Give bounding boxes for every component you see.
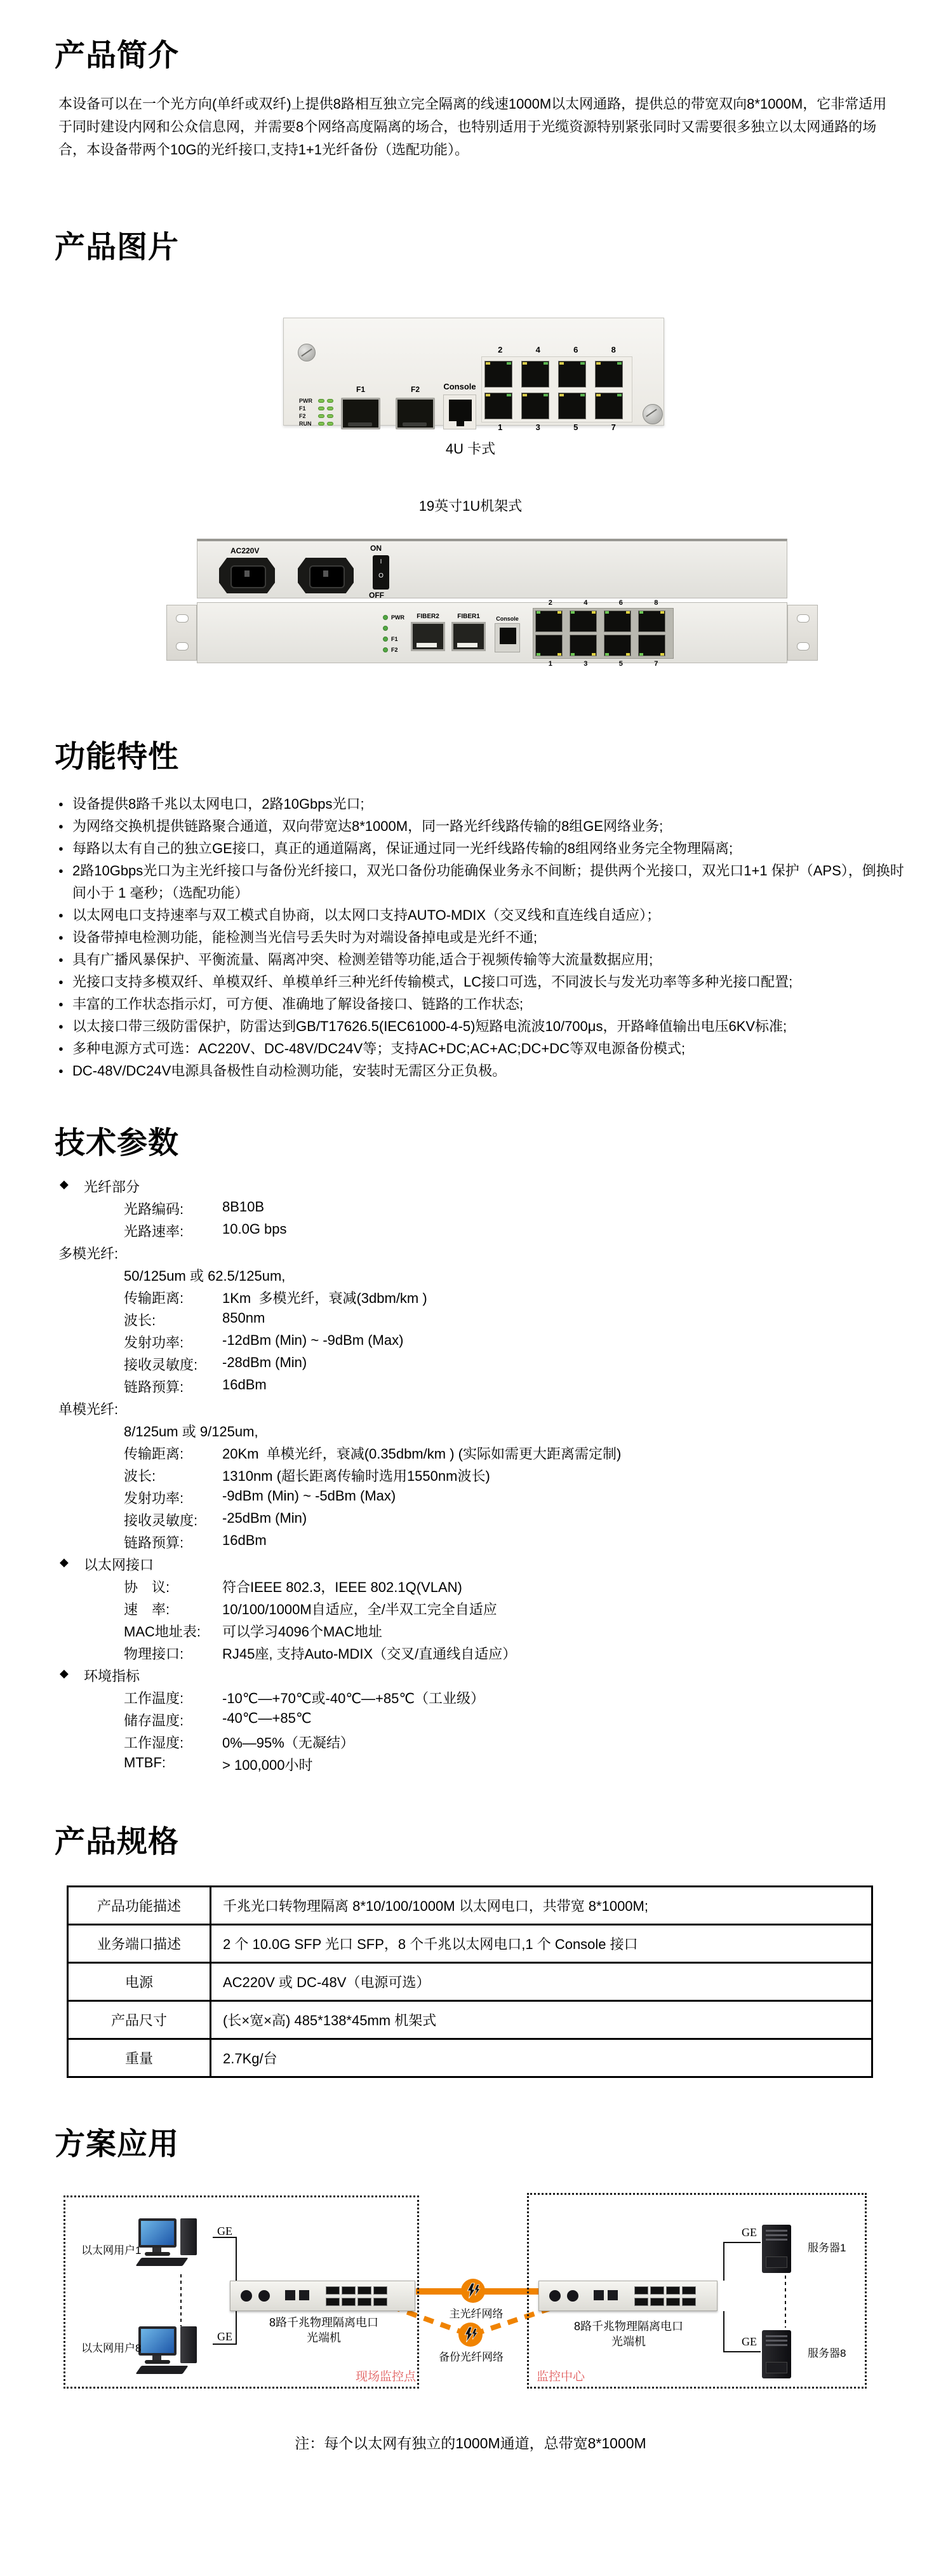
tech-line: 发射功率:-12dBm (Min) ~ -9dBm (Max) [58,1332,916,1354]
led-label: PWR [299,398,318,404]
green-led-icon [318,422,324,426]
spec-value: 千兆光口转物理隔离 8*10/100/1000M 以太网电口，共带宽 8*100… [211,1887,872,1925]
mounting-ear [787,605,818,661]
power-inlet [298,558,354,593]
tech-line: 储存温度:-40℃—+85℃ [58,1710,916,1732]
port-number: 4 [536,345,540,354]
feature-item: 具有广播风暴保护、平衡流量、隔离冲突、检测差错等功能,适合于视频传输等大流量数据… [58,948,907,971]
spec-key: 重量 [68,2039,211,2077]
switch-off-label: OFF [369,591,384,600]
feature-item: 每路以太有自己的独立GE接口，真正的通道隔离，保证通过同一光纤线路传输的8组网络… [58,837,907,860]
table-row: 业务端口描述 2 个 10.0G SFP 光口 SFP，8 个千兆以太网电口,1… [68,1925,872,1963]
tech-line: 物理接口:RJ45座, 支持Auto-MDIX（交叉/直通线自适应） [58,1643,916,1666]
led-label: F2 [299,413,318,419]
port-number: 3 [584,660,587,668]
led-indicator-block: PWR F1 F2 RUN [299,397,336,428]
rj45-port [570,635,597,656]
rj45-port [484,393,512,419]
tech-line: 链路预算:16dBm [58,1532,916,1554]
screw-icon [643,404,663,424]
console-port [495,623,520,652]
server-icon [762,2330,791,2378]
rj45-port-block [533,608,674,659]
tech-line: 50/125um 或 62.5/125um, [58,1265,916,1288]
rocker-i: I [373,555,389,569]
sfp-port-f1 [341,398,380,429]
sfp-port-f2 [396,398,435,429]
feature-item: 2路10Gbps光口为主光纤接口与备份光纤接口，双光口备份功能确保业务永不间断；… [58,860,907,904]
feature-item: 光接口支持多模双纤、单模双纤、单模单纤三种光纤传输模式，LC接口可选，不同波长与… [58,971,907,993]
section-title-tech: 技术参数 [55,1118,179,1162]
feature-item: 设备带掉电检测功能，能检测当光信号丢失时为对端设备掉电或是光纤不通; [58,926,907,948]
rj45-port [535,610,563,632]
rj45-port [570,610,597,632]
spec-key: 业务端口描述 [68,1925,211,1963]
feature-item: 以太网电口支持速率与双工模式自协商，以太网口支持AUTO-MDIX（交叉线和直连… [58,904,907,926]
tech-line: 波长:850nm [58,1310,916,1332]
port-number: 3 [536,422,540,432]
table-row: 产品尺寸 (长×宽×高) 485*138*45mm 机架式 [68,2001,872,2039]
tech-line: 接收灵敏度:-28dBm (Min) [58,1354,916,1377]
tech-line: 光路编码:8B10B [58,1199,916,1221]
switch-on-label: ON [370,544,382,553]
rj45-port-block [481,356,632,422]
caption-4u-card: 4U 卡式 [0,438,941,458]
rocker-o: O [373,569,389,583]
port-number: 7 [611,422,616,432]
user1-label: 以太网用户1 [81,2241,141,2257]
tech-line: 波长:1310nm (超长距离传输时选用1550nm波长) [58,1466,916,1488]
green-led-icon [327,414,333,418]
port-number: 2 [549,599,552,607]
section-title-features: 功能特性 [55,732,179,776]
ge-label: GE [742,2226,757,2239]
backup-fiber-label: 备份光纤网络 [432,2348,511,2364]
diagram-note: 注：每个以太网有独立的1000M通道，总带宽8*1000M [0,2432,941,2453]
fiber-mux-device [230,2281,415,2311]
rj45-port [604,635,631,656]
power-input-label: AC220V [230,546,259,555]
spec-key: 电源 [68,1963,211,2001]
tech-params: 光纤部分 光路编码:8B10B 光路速率:10.0G bps 多模光纤: 50/… [58,1177,916,1777]
server8-label: 服务器8 [808,2344,846,2360]
led-label: PWR [391,614,404,621]
section-title-solution: 方案应用 [55,2119,179,2163]
feature-item: DC-48V/DC24V电源具备极性自动检测功能，安装时无需区分正负极。 [58,1060,907,1082]
tech-line: 发射功率:-9dBm (Min) ~ -5dBm (Max) [58,1488,916,1510]
fiber-mux-device [538,2281,717,2311]
section-title-gallery: 产品图片 [55,222,179,266]
green-led-icon [383,637,388,642]
green-led-icon [318,414,324,418]
spec-key: 产品功能描述 [68,1887,211,1925]
tech-line: 接收灵敏度:-25dBm (Min) [58,1510,916,1532]
feature-item: 丰富的工作状态指示灯，可方便、准确地了解设备接口、链路的工作状态; [58,993,907,1015]
console-port-label: Console [491,616,524,622]
fiber-port-label: FIBER2 [411,613,445,620]
feature-item: 多种电源方式可选：AC220V、DC-48V/DC24V等；支持AC+DC;AC… [58,1037,907,1060]
screw-icon [298,344,316,361]
features-list: 设备提供8路千兆以太网电口，2路10Gbps光口; 为网络交换机提供链路聚合通道… [58,793,907,1082]
sfp-port-fiber2 [411,622,445,651]
tech-line: 工作温度:-10℃—+70℃或-40℃—+85℃（工业级） [58,1688,916,1710]
spec-value: AC220V 或 DC-48V（电源可选） [211,1963,872,2001]
intro-paragraph: 本设备可以在一个光方向(单纤或双纤)上提供8路相互独立完全隔离的线速1000M以… [58,93,894,161]
spec-value: 2.7Kg/台 [211,2039,872,2077]
main-fiber-label: 主光纤网络 [438,2305,514,2321]
table-row: 产品功能描述 千兆光口转物理隔离 8*10/100/1000M 以太网电口，共带… [68,1887,872,1925]
rj45-port [521,393,549,419]
tech-line: 传输距离:1Km 多模光纤，衰减(3dbm/km ) [58,1288,916,1310]
tech-line: 速 率:10/100/1000M自适应，全/半双工完全自适应 [58,1599,916,1621]
spec-key: 产品尺寸 [68,2001,211,2039]
port-number: 4 [584,599,587,607]
tech-line: MAC地址表:可以学习4096个MAC地址 [58,1621,916,1643]
computer-icon [138,2326,215,2377]
tech-line: 协 议:符合IEEE 802.3，IEEE 802.1Q(VLAN) [58,1577,916,1599]
led-label: RUN [299,421,318,427]
device-photo-1u-front: PWR F1 F2 FIBER2 FIBER1 Console 2 4 6 8 [166,602,818,663]
table-row: 重量 2.7Kg/台 [68,2039,872,2077]
device-label: 8路千兆物理隔离电口光端机 [248,2315,400,2345]
green-led-icon [318,407,324,410]
tech-line: 光路速率:10.0G bps [58,1221,916,1243]
green-led-icon [383,626,388,631]
rj45-port [595,361,623,388]
rj45-port [638,610,665,632]
rj45-port [535,635,563,656]
site-zone-label: 现场监控点 [356,2367,416,2384]
green-led-icon [383,647,388,652]
port-number: 1 [498,422,502,432]
green-led-icon [327,422,333,426]
port-number: 8 [654,599,658,607]
tech-line: 8/125um 或 9/125um, [58,1421,916,1443]
console-port [443,394,476,429]
feature-item: 以太接口带三级防雷保护，防雷达到GB/T17626.5(IEC61000-4-5… [58,1015,907,1037]
green-led-icon [318,399,324,403]
green-led-icon [383,615,388,620]
port-number: 6 [573,345,578,354]
green-led-icon [327,399,333,403]
tech-section: 以太网接口 [58,1554,916,1577]
tech-line: 单模光纤: [58,1399,916,1421]
server-icon [762,2225,791,2273]
mounting-ear [166,605,197,661]
user8-label: 以太网用户8 [81,2339,141,2355]
port-number: 1 [549,660,552,668]
rj45-port [558,393,586,419]
rj45-port [638,635,665,656]
tech-line: MTBF:> 100,000小时 [58,1755,916,1777]
port-number: 8 [611,345,616,354]
green-led-icon [327,407,333,410]
console-port-label: Console [438,382,481,391]
led-label: F1 [299,405,318,412]
led-label: F2 [391,647,398,653]
table-row: 电源 AC220V 或 DC-48V（电源可选） [68,1963,872,2001]
sfp-port-fiber1 [451,622,486,651]
rj45-port [484,361,512,388]
section-title-intro: 产品简介 [55,30,179,74]
tech-section: 环境指标 [58,1666,916,1688]
tech-line: 多模光纤: [58,1243,916,1265]
section-title-spec: 产品规格 [55,1817,179,1861]
tech-line: 链路预算:16dBm [58,1377,916,1399]
feature-item: 为网络交换机提供链路聚合通道，双向带宽达8*1000M，同一路光纤线路传输的8组… [58,815,907,837]
center-zone-label: 监控中心 [537,2367,585,2384]
power-switch: I O [373,555,389,590]
tech-line: 工作湿度:0%—95%（无凝结） [58,1732,916,1755]
rj45-port [521,361,549,388]
port-number: 5 [573,422,578,432]
caption-1u-rack: 19英寸1U机架式 [0,496,941,515]
rj45-port [604,610,631,632]
rj45-port [595,393,623,419]
device-photo-4u-card: PWR F1 F2 RUN F1 F2 Console 2 4 6 8 [283,318,664,426]
rj45-port [558,361,586,388]
power-inlet [219,558,275,593]
feature-item: 设备提供8路千兆以太网电口，2路10Gbps光口; [58,793,907,815]
ge-label: GE [217,2330,232,2343]
fiber-network-icon [458,2323,483,2347]
device-label: 8路千兆物理隔离电口光端机 [552,2319,705,2349]
computer-icon [138,2218,215,2269]
led-label: F1 [391,636,398,642]
led-indicator-block: PWR F1 F2 [383,612,404,655]
fiber-port-label: FIBER1 [451,613,486,620]
tech-section: 光纤部分 [58,1177,916,1199]
solution-diagram: 以太网用户1 GE 以太网用户8 GE 8路千兆物理隔离电口光端机 现场监控点 … [0,2185,941,2408]
server1-label: 服务器1 [808,2239,846,2255]
port-number: 6 [619,599,623,607]
sfp-port-label: F1 [341,385,380,394]
front-panel: PWR F1 F2 FIBER2 FIBER1 Console 2 4 6 8 [197,602,787,663]
port-number: 5 [619,660,623,668]
port-number: 7 [654,660,658,668]
ge-label: GE [742,2335,757,2349]
ge-label: GE [217,2225,232,2238]
port-number: 2 [498,345,502,354]
sfp-port-label: F2 [396,385,435,394]
device-photo-1u-back: AC220V ON I O OFF [197,539,787,598]
fiber-network-icon [461,2279,485,2303]
tech-line: 传输距离:20Km 单模光纤，衰减(0.35dbm/km ) (实际如需更大距离… [58,1443,916,1466]
product-spec-page: 产品简介 本设备可以在一个光方向(单纤或双纤)上提供8路相互独立完全隔离的线速1… [0,0,941,2576]
spec-value: 2 个 10.0G SFP 光口 SFP，8 个千兆以太网电口,1 个 Cons… [211,1925,872,1963]
spec-table: 产品功能描述 千兆光口转物理隔离 8*10/100/1000M 以太网电口，共带… [67,1885,873,2078]
spec-value: (长×宽×高) 485*138*45mm 机架式 [211,2001,872,2039]
